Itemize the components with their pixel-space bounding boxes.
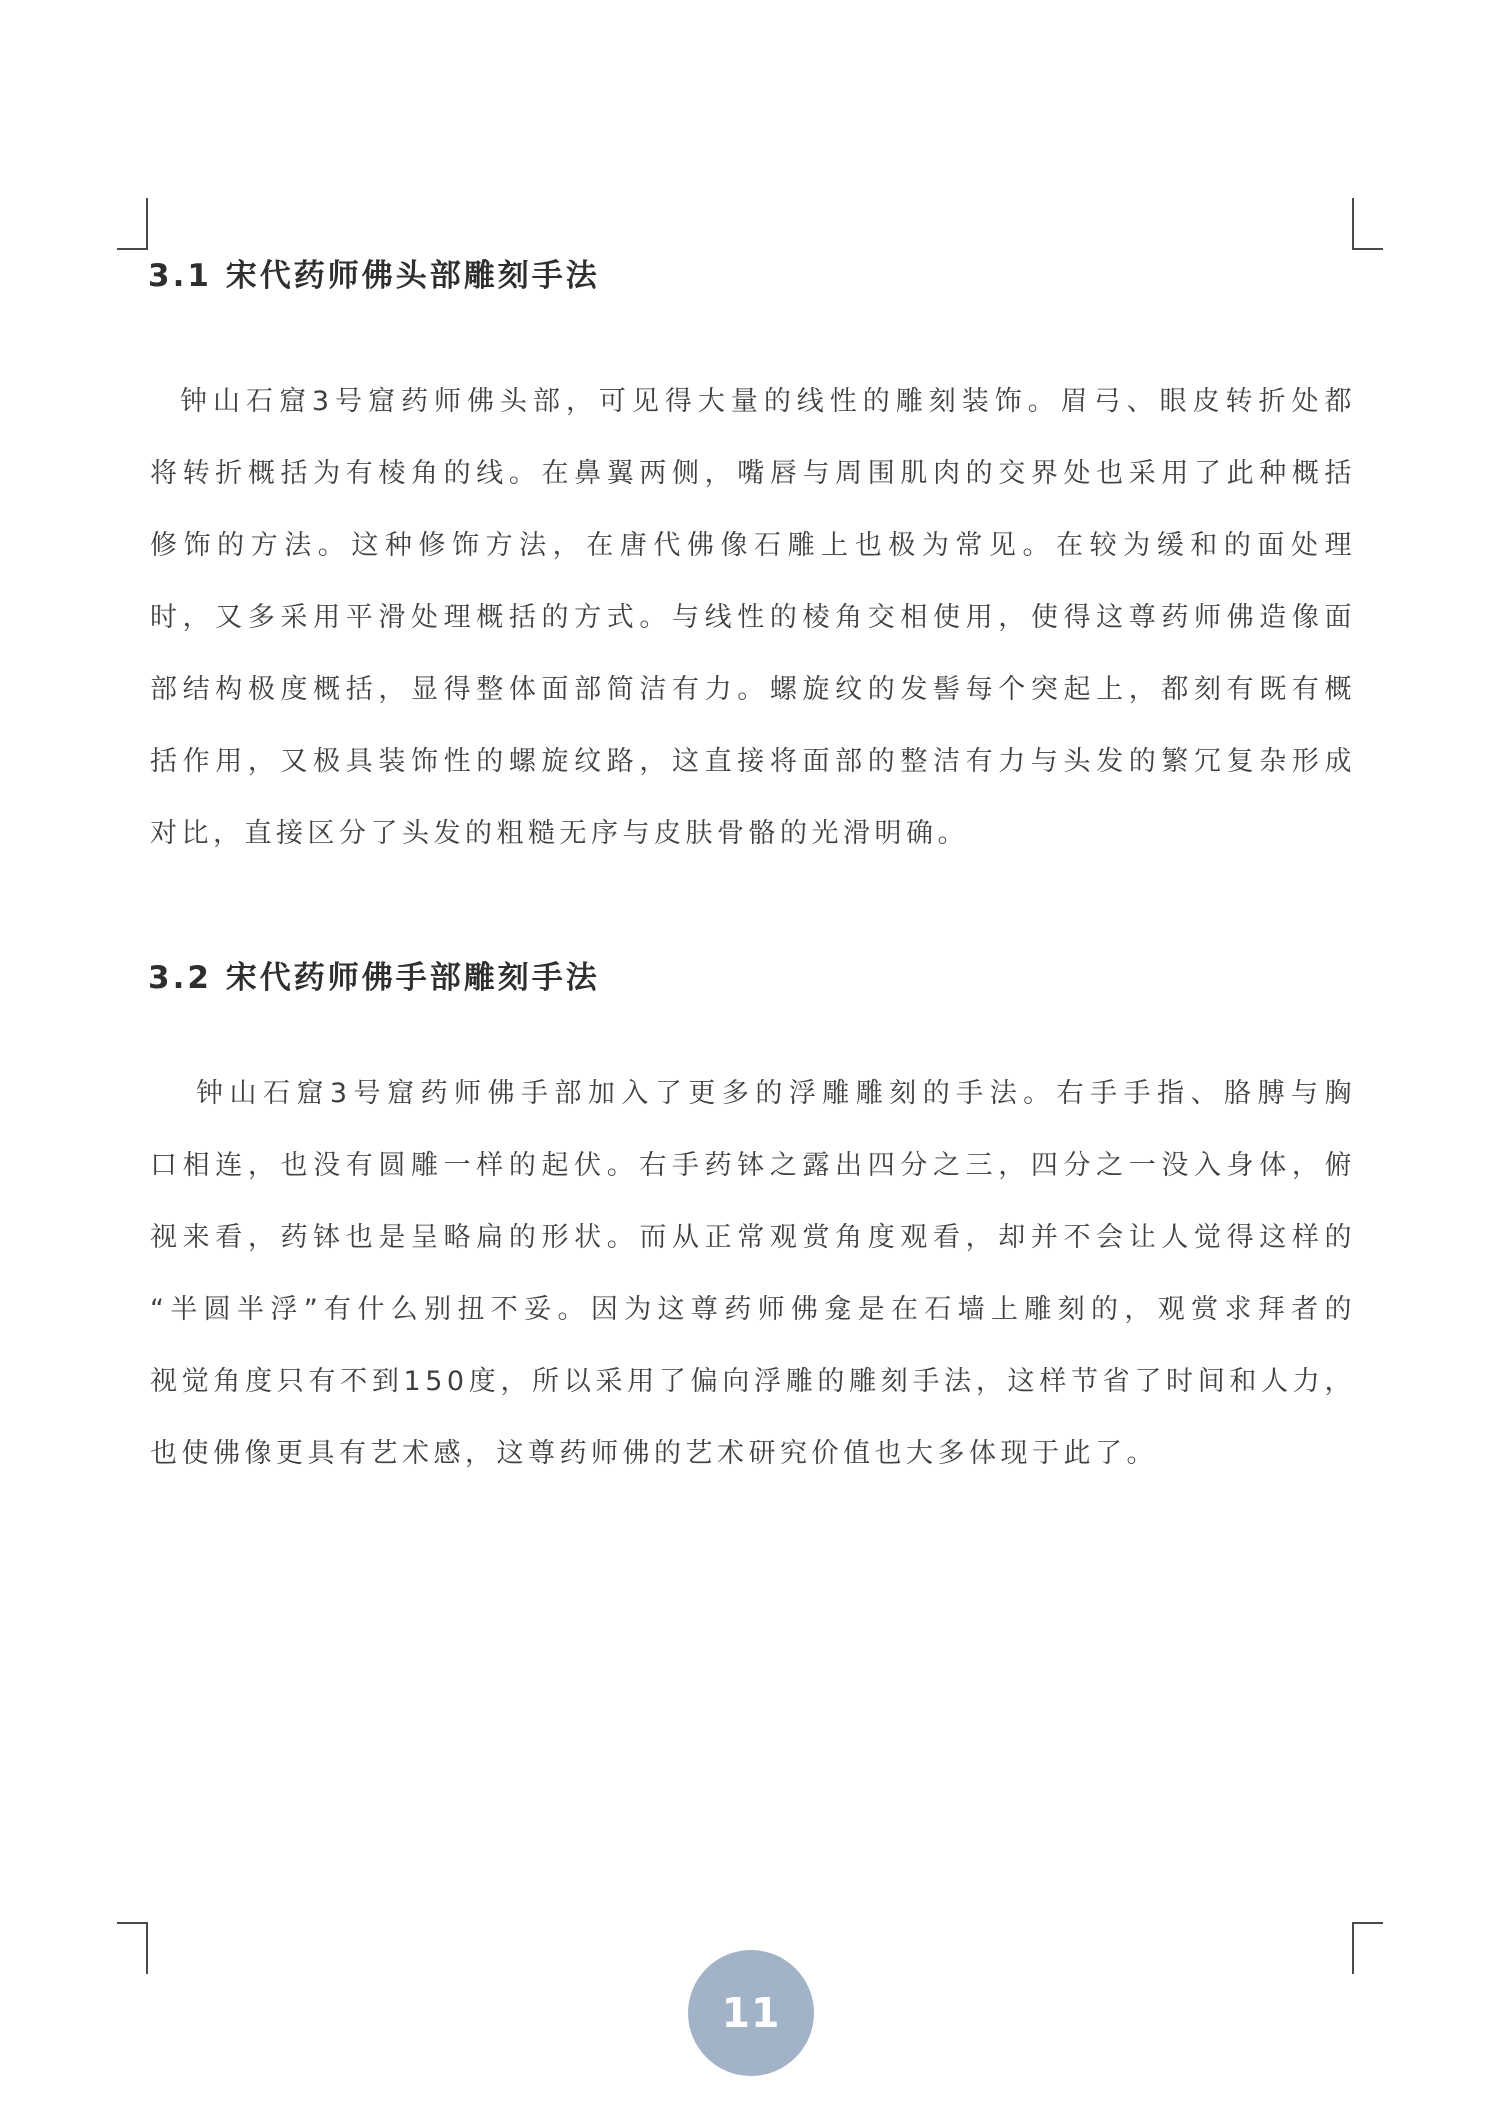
document-page: 3.1 宋代药师佛头部雕刻手法 钟山石窟3号窟药师佛头部，可见得大量的线性的雕刻… bbox=[0, 0, 1500, 2122]
section-heading-3-2: 3.2 宋代药师佛手部雕刻手法 bbox=[148, 952, 600, 997]
paragraph-line: 修饰的方法。这种修饰方法，在唐代佛像石雕上也极为常见。在较为缓和的面处理 bbox=[150, 510, 1356, 582]
paragraph-line: 也使佛像更具有艺术感，这尊药师佛的艺术研究价值也大多体现于此了。 bbox=[150, 1418, 1356, 1490]
paragraph-head-carving: 钟山石窟3号窟药师佛头部，可见得大量的线性的雕刻装饰。眉弓、眼皮转折处都 将转折… bbox=[150, 366, 1356, 870]
paragraph-line: 时，又多采用平滑处理概括的方式。与线性的棱角交相使用，使得这尊药师佛造像面 bbox=[150, 582, 1356, 654]
section-heading-3-1: 3.1 宋代药师佛头部雕刻手法 bbox=[148, 250, 600, 295]
page-number: 11 bbox=[721, 1989, 780, 2037]
paragraph-hand-carving: 钟山石窟3号窟药师佛手部加入了更多的浮雕雕刻的手法。右手手指、胳膊与胸 口相连，… bbox=[150, 1058, 1356, 1490]
paragraph-line: 钟山石窟3号窟药师佛手部加入了更多的浮雕雕刻的手法。右手手指、胳膊与胸 bbox=[150, 1058, 1356, 1130]
paragraph-line: 括作用，又极具装饰性的螺旋纹路，这直接将面部的整洁有力与头发的繁冗复杂形成 bbox=[150, 726, 1356, 798]
paragraph-line: 视觉角度只有不到150度，所以采用了偏向浮雕的雕刻手法，这样节省了时间和人力， bbox=[150, 1346, 1356, 1418]
paragraph-line: “半圆半浮”有什么别扭不妥。因为这尊药师佛龛是在石墙上雕刻的，观赏求拜者的 bbox=[150, 1274, 1356, 1346]
paragraph-line: 将转折概括为有棱角的线。在鼻翼两侧，嘴唇与周围肌肉的交界处也采用了此种概括 bbox=[150, 438, 1356, 510]
paragraph-line: 部结构极度概括，显得整体面部简洁有力。螺旋纹的发髻每个突起上，都刻有既有概 bbox=[150, 654, 1356, 726]
paragraph-line: 口相连，也没有圆雕一样的起伏。右手药钵之露出四分之三，四分之一没入身体，俯 bbox=[150, 1130, 1356, 1202]
paragraph-line: 视来看，药钵也是呈略扁的形状。而从正常观赏角度观看，却并不会让人觉得这样的 bbox=[150, 1202, 1356, 1274]
paragraph-line: 钟山石窟3号窟药师佛头部，可见得大量的线性的雕刻装饰。眉弓、眼皮转折处都 bbox=[150, 366, 1356, 438]
paragraph-line: 对比，直接区分了头发的粗糙无序与皮肤骨骼的光滑明确。 bbox=[150, 798, 1356, 870]
page-number-badge: 11 bbox=[688, 1950, 814, 2076]
